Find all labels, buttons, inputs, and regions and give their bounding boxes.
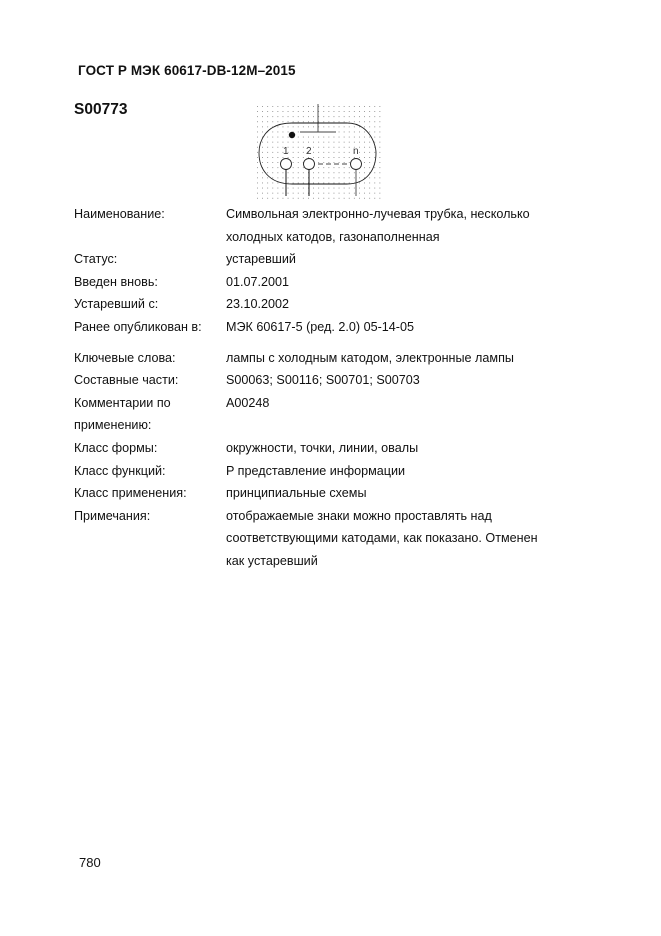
- field-obsolete-since: Устаревший с: 23.10.2002: [74, 293, 594, 316]
- cathode-label-2: 2: [306, 146, 312, 157]
- page-number: 780: [79, 855, 101, 870]
- cathode-label-1: 1: [283, 146, 289, 157]
- cold-cathode-display-tube-icon: 1 2 n: [250, 98, 390, 200]
- field-keywords: Ключевые слова: лампы с холодным катодом…: [74, 347, 594, 370]
- field-status: Статус: устаревший: [74, 248, 594, 271]
- field-components: Составные части: S00063; S00116; S00701;…: [74, 369, 594, 392]
- symbol-code: S00773: [74, 101, 127, 119]
- field-function-class: Класс функций: P представление информаци…: [74, 460, 594, 483]
- symbol-properties: Наименование: Символьная электронно-луче…: [74, 203, 594, 573]
- field-application-class: Класс применения: принципиальные схемы: [74, 482, 594, 505]
- field-remarks: Примечания: отображаемые знаки можно про…: [74, 505, 594, 573]
- field-previously-published: Ранее опубликован в: МЭК 60617-5 (ред. 2…: [74, 316, 594, 339]
- field-application-notes: Комментарии по применению: A00248: [74, 392, 594, 437]
- field-shape-class: Класс формы: окружности, точки, линии, о…: [74, 437, 594, 460]
- field-name: Наименование: Символьная электронно-луче…: [74, 203, 594, 248]
- field-introduced: Введен вновь: 01.07.2001: [74, 271, 594, 294]
- standard-title: ГОСТ Р МЭК 60617-DB-12M–2015: [78, 63, 296, 78]
- cathode-label-n: n: [353, 146, 359, 157]
